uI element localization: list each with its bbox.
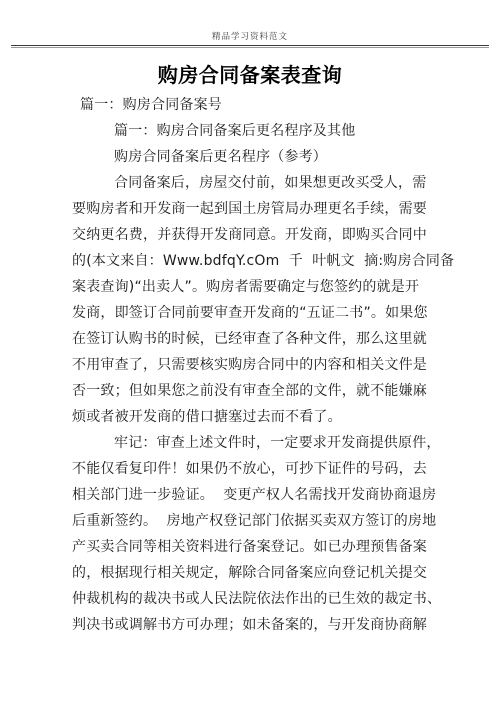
doc-line: 要购房者和开发商一起到国土房管局办理更名手续，需要 [72, 196, 432, 222]
doc-line: 产买卖合同等相关资料进行备案登记。如已办理预售备案 [72, 534, 432, 560]
doc-line: 交纳更名费，并获得开发商同意。开发商，即购买合同中 [72, 222, 432, 248]
page-header-text: 精品学习资料范文 [0, 0, 500, 43]
doc-line: 不用审查了，只需要核实购房合同中的内容和相关文件是 [72, 352, 432, 378]
document-body: 篇一：购房合同备案号 篇一：购房合同备案后更名程序及其他 购房合同备案后更名程序… [72, 92, 432, 638]
doc-line: 合同备案后，房屋交付前，如果想更改买受人，需 [72, 170, 432, 196]
doc-line: 案表查询)“出卖人”。购房者需要确定与您签约的就是开 [72, 274, 432, 300]
doc-line: 后重新签约。 房地产权登记部门依据买卖双方签订的房地 [72, 508, 432, 534]
doc-line: 的，根据现行相关规定，解除合同备案应向登记机关提交 [72, 560, 432, 586]
doc-line: 的(本文来自：Www.bdfqY.cOm 千 叶帆文 摘:购房合同备 [72, 248, 432, 274]
doc-line: 否一致；但如果您之前没有审查全部的文件，就不能嫌麻 [72, 378, 432, 404]
doc-line: 发商，即签订合同前要审查开发商的“五证二书”。如果您 [72, 300, 432, 326]
doc-line: 篇一：购房合同备案后更名程序及其他 [72, 118, 432, 144]
doc-line: 仲裁机构的裁决书或人民法院依法作出的已生效的裁定书、 [72, 586, 432, 612]
doc-line: 篇一：购房合同备案号 [72, 92, 432, 118]
header-divider [11, 45, 489, 48]
doc-line: 不能仅看复印件！如果仍不放心，可抄下证件的号码，去 [72, 456, 432, 482]
doc-line: 在签订认购书的时候，已经审查了各种文件，那么这里就 [72, 326, 432, 352]
doc-line: 购房合同备案后更名程序（参考） [72, 144, 432, 170]
doc-line: 判决书或调解书方可办理；如未备案的，与开发商协商解 [72, 612, 432, 638]
doc-line: 相关部门进一步验证。 变更产权人名需找开发商协商退房 [72, 482, 432, 508]
doc-line: 牢记：审查上述文件时，一定要求开发商提供原件， [72, 430, 432, 456]
document-page: 精品学习资料范文 购房合同备案表查询 篇一：购房合同备案号 篇一：购房合同备案后… [0, 0, 500, 707]
doc-line: 烦或者被开发商的借口搪塞过去而不看了。 [72, 404, 432, 430]
document-title: 购房合同备案表查询 [0, 61, 500, 89]
